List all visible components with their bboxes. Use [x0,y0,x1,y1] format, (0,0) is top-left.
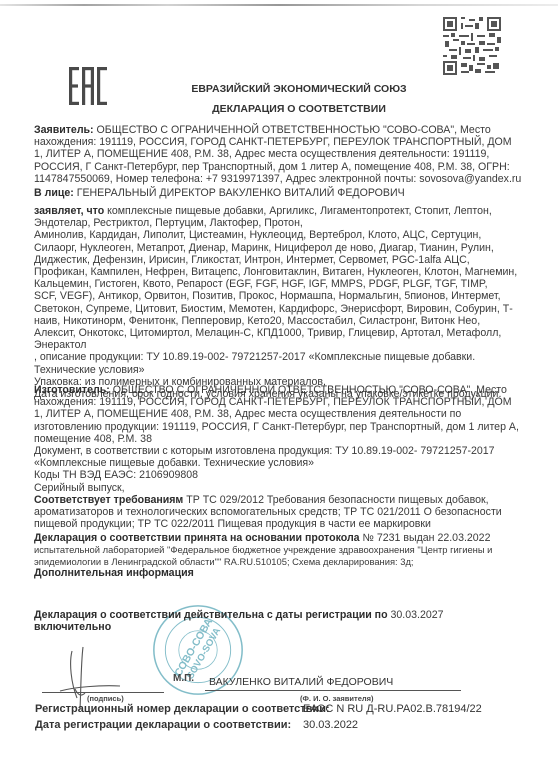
validity-date: 30.03.2027 [388,609,444,621]
product-line: Кальцемин, Гистоген, Квото, Репарост (EG… [34,278,524,290]
document-title: ДЕКЛАРАЦИЯ О СООТВЕТСТВИИ [20,103,558,115]
product-line: Профикан, Кампилен, Нефрен, Витацепс, Ло… [34,266,524,278]
applicant-line: 1147847550069, Номер телефона: +7 931997… [34,173,524,185]
laboratory-line: испытательной лабораторией "Федеральное … [34,544,524,556]
manufacturer-section: Изготовитель: ОБЩЕСТВО С ОГРАНИЧЕННОЙ ОТ… [34,384,524,494]
product-line: SCF, VEGF), Антикор, Орвитон, Позитив, П… [34,290,524,302]
basis-label: Декларация о соответствии принята на осн… [34,532,360,544]
product-line: Эндотелар, Рестриктол, Пертуцим, Лактофе… [34,217,524,229]
union-heading: ЕВРАЗИЙСКИЙ ЭКОНОМИЧЕСКИЙ СОЮЗ [20,83,558,95]
name-line [205,690,461,691]
standard-document: «Комплексные пищевые добавки. Технически… [34,457,524,469]
signature-caption: (подпись) [87,694,124,703]
applicant-line: 1, ЛИТЕР А, ПОМЕЩЕНИЕ 408, Р.М. 38, Адре… [34,148,524,160]
registration-date: 30.03.2022 [303,719,358,731]
tnved-code: Коды ТН ВЭД ЕАЭС: 2106909808 [34,469,524,481]
manufacturer-line: нахождения: 191119, РОССИЯ, ГОРОД САНКТ-… [34,396,524,408]
product-line: Силаорг, Нуклеоген, Метапрот, Диенар, Ма… [34,242,524,254]
requirements-line: ароматизаторов и технологических вспомог… [34,506,524,518]
manufacturer-line: ОБЩЕСТВО С ОГРАНИЧЕННОЙ ОТВЕТСТВЕННОСТЬЮ… [110,384,507,396]
applicant-label: Заявитель: [34,124,94,136]
represented-by-value: ГЕНЕРАЛЬНЫЙ ДИРЕКТОР ВАКУЛЕНКО ВИТАЛИЙ Ф… [74,187,405,199]
product-line: Светокон, Супреме, Цитовит, Биостим, Мем… [34,303,524,315]
represented-by: В лице: ГЕНЕРАЛЬНЫЙ ДИРЕКТОР ВАКУЛЕНКО В… [34,187,524,199]
applicant-line: нахождения: 191119, РОССИЯ, ГОРОД САНКТ-… [34,136,524,148]
serial-production: Серийный выпуск, [34,482,524,494]
basis-section: Декларация о соответствии принята на осн… [34,532,524,569]
product-line: наив, Никотинорм, Фенитонк, Пепперовир, … [34,315,524,327]
requirements-label: Соответствует требованиям [34,494,183,506]
scan-edge-line [0,4,558,6]
product-line: Аминолив, Кардидан, Липолит, Цистеамин, … [34,229,524,241]
signatory-name: ВАКУЛЕНКО ВИТАЛИЙ ФЕДОРОВИЧ [209,676,393,688]
standard-document: Документ, в соответствии с которым изгот… [34,445,524,457]
validity-section: Декларация о соответствии действительна … [34,609,524,633]
protocol-number: № 7231 выдан 22.03.2022 [360,532,491,544]
qr-code-icon [443,16,501,76]
applicant-section: Заявитель: ОБЩЕСТВО С ОГРАНИЧЕННОЙ ОТВЕТ… [34,124,524,185]
registration-number: ЕАЭС N RU Д-RU.PA02.B.78194/22 [303,703,482,715]
product-description: , описание продукции: ТУ 10.89.19-002- 7… [34,351,524,363]
product-description: Технические условия» [34,364,524,376]
seal-label: М.П. [173,673,194,684]
validity-suffix: включительно [34,621,524,633]
signature-line [42,692,164,693]
requirements-line: ТР ТС 029/2012 Требования безопасности п… [183,494,488,506]
validity-label: Декларация о соответствии действительна … [34,609,388,621]
product-line: Диджестик, Дефензин, Ирисин, Гликостат, … [34,254,524,266]
product-line: Алексит, Онкотокс, Цитомиртол, Мелацин-С… [34,327,524,339]
requirements-line: пищевой продукции; ТР ТС 022/2011 Пищева… [34,518,524,530]
additional-info-label: Дополнительная информация [34,567,524,579]
additional-info: Дополнительная информация [34,567,524,579]
represented-by-label: В лице: [34,187,74,199]
manufacturer-line: 1, ЛИТЕР А, ПОМЕЩЕНИЕ 408, Р.М. 38, Адре… [34,408,524,420]
product-line: комплексные пищевые добавки, Аргиликс, Л… [104,205,492,217]
name-caption: (Ф. И. О. заявителя) [300,694,374,703]
applicant-line: ОБЩЕСТВО С ОГРАНИЧЕННОЙ ОТВЕТСТВЕННОСТЬЮ… [94,124,491,136]
registration-number-label: Регистрационный номер декларации о соотв… [35,703,330,715]
requirements-section: Соответствует требованиям ТР ТС 029/2012… [34,494,524,531]
declares-label: заявляет, что [34,205,104,217]
manufacturer-line: изготовлению продукции: 191119, РОССИЯ, … [34,421,524,433]
declares-section: заявляет, что комплексные пищевые добавк… [34,205,524,400]
registration-date-label: Дата регистрации декларации о соответств… [35,719,291,731]
applicant-line: РОССИЯ, Г Санкт-Петербург, пер Транспорт… [34,161,524,173]
product-line: Энерактол [34,339,524,351]
manufacturer-label: Изготовитель: [34,384,110,396]
manufacturer-line: помещение 408, Р.М. 38 [34,433,524,445]
